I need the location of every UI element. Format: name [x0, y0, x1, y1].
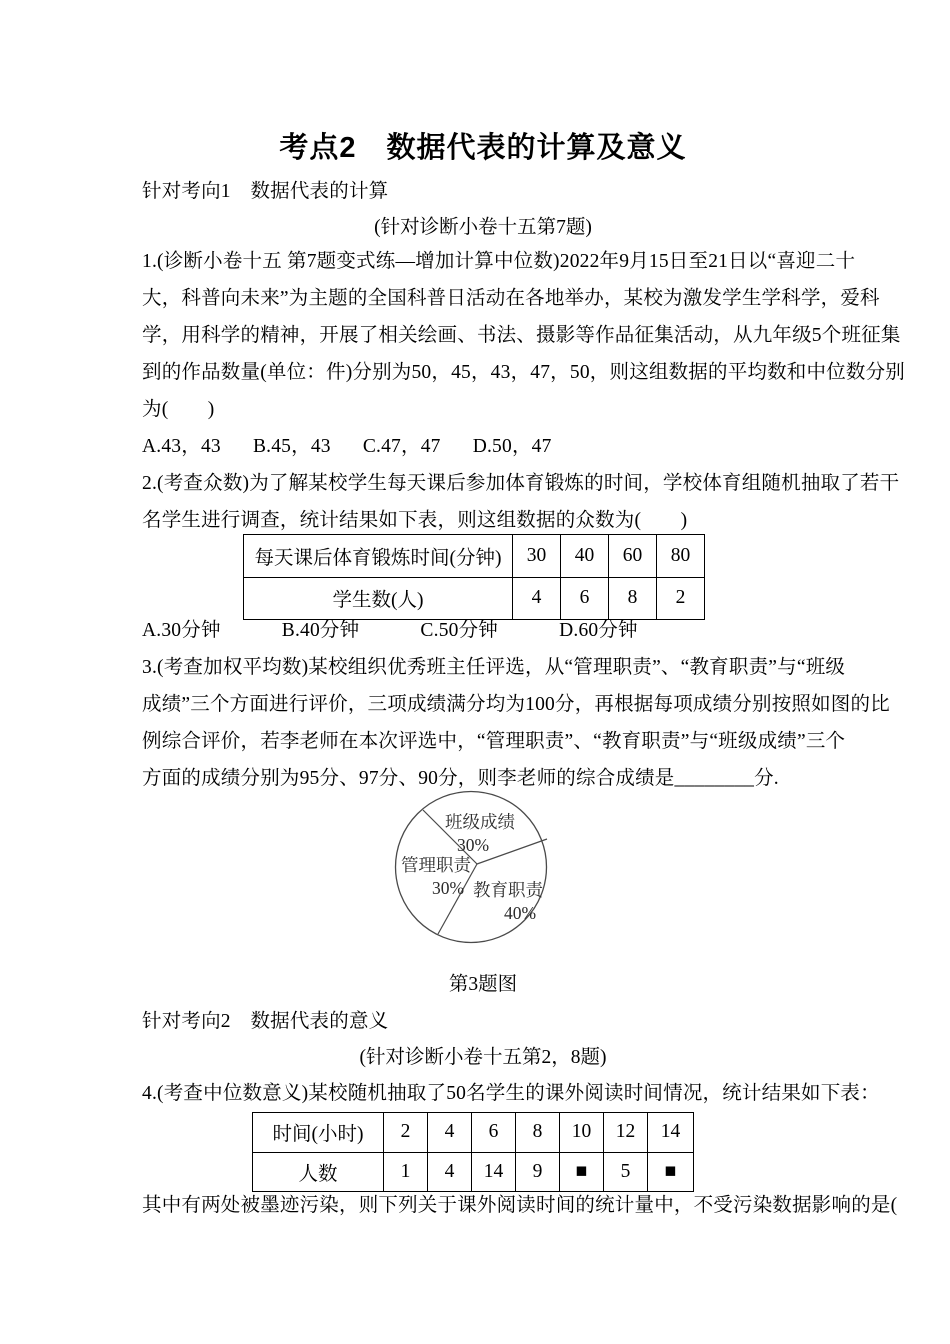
table-cell: 2 — [384, 1113, 428, 1153]
table-cell: 4 — [428, 1113, 472, 1153]
pie-slice-pct: 30% — [432, 878, 464, 898]
q1-option-c: C.47，47 — [363, 428, 441, 466]
q1-line: 大，科普向未来”为主题的全国科普日活动在各地举办，某校为激发学生学科学，爱科 — [142, 280, 832, 318]
ink-blot-cell: ■ — [648, 1152, 694, 1192]
q2-option-d: D.60分钟 — [559, 612, 638, 650]
q4-intro-line: 4.(考查中位数意义)某校随机抽取了50名学生的课外阅读时间情况，统计结果如下表… — [142, 1075, 832, 1113]
q4-closing-line: 其中有两处被墨迹污染，则下列关于课外阅读时间的统计量中，不受污染数据影响的是( — [142, 1187, 832, 1225]
table-cell: 10 — [560, 1113, 604, 1153]
section2-source-note: (针对诊断小卷十五第2，8题) — [142, 1039, 824, 1077]
q4-reading-time-table: 时间(小时) 2 4 6 8 10 12 14 人数 1 4 14 9 ■ 5 … — [252, 1112, 694, 1192]
table-cell: 8 — [516, 1113, 560, 1153]
q1-line: 为( ) — [142, 391, 832, 429]
table-cell: 每天课后体育锻炼时间(分钟) — [244, 535, 513, 578]
table-cell: 时间(小时) — [253, 1113, 384, 1153]
q2-option-a: A.30分钟 — [142, 612, 221, 650]
table-cell: 1 — [384, 1152, 428, 1192]
q3-line: 例综合评价，若李老师在本次评选中，“管理职责”、“教育职责”与“班级成绩”三个 — [142, 723, 832, 761]
q3-line: 3.(考查加权平均数)某校组织优秀班主任评选，从“管理职责”、“教育职责”与“班… — [142, 649, 832, 687]
pie-slice-label: 管理职责 — [401, 855, 472, 875]
q1-line: 学，用科学的精神，开展了相关绘画、书法、摄影等作品征集活动，从九年级5个班征集 — [142, 317, 832, 355]
q2-option-b: B.40分钟 — [282, 612, 360, 650]
section2-heading: 针对考向2 数据代表的意义 — [142, 1003, 832, 1041]
table-cell: 80 — [657, 535, 705, 578]
figure-caption: 第3题图 — [142, 966, 824, 1004]
table-cell: 30 — [513, 535, 561, 578]
q2-line: 2.(考查众数)为了解某校学生每天课后参加体育锻炼的时间，学校体育组随机抽取了若… — [142, 465, 832, 503]
section1-heading: 针对考向1 数据代表的计算 — [142, 173, 832, 211]
q3-line: 成绩”三个方面进行评价，三项成绩满分均为100分，再根据每项成绩分别按照如图的比 — [142, 686, 832, 724]
q1-line: 到的作品数量(单位：件)分别为50，45，43，47，50，则这组数据的平均数和… — [142, 354, 832, 392]
pie-slice-pct: 30% — [457, 835, 489, 855]
pie-slice-label: 班级成绩 — [445, 812, 515, 832]
q1-line: 1.(诊断小卷十五 第7题变式练—增加计算中位数)2022年9月15日至21日以… — [142, 243, 832, 281]
table-cell: 14 — [472, 1152, 516, 1192]
q3-pie-chart: 班级成绩 30% 管理职责 30% 教育职责 40% — [393, 789, 553, 947]
q2-option-c: C.50分钟 — [420, 612, 498, 650]
table-row: 每天课后体育锻炼时间(分钟) 30 40 60 80 — [244, 535, 705, 578]
pie-slice-label: 教育职责 — [473, 880, 544, 900]
q2-frequency-table: 每天课后体育锻炼时间(分钟) 30 40 60 80 学生数(人) 4 6 8 … — [243, 534, 705, 620]
q1-option-a: A.43，43 — [142, 428, 221, 466]
pie-slice-pct: 40% — [504, 903, 536, 923]
ink-blot-cell: ■ — [560, 1152, 604, 1192]
section1-source-note: (针对诊断小卷十五第7题) — [142, 209, 824, 247]
table-row: 人数 1 4 14 9 ■ 5 ■ — [253, 1152, 694, 1192]
table-cell: 4 — [428, 1152, 472, 1192]
worksheet-page: 考点2 数据代表的计算及意义 针对考向1 数据代表的计算 (针对诊断小卷十五第7… — [0, 0, 950, 1344]
table-cell: 12 — [604, 1113, 648, 1153]
q2-options: A.30分钟 B.40分钟 C.50分钟 D.60分钟 — [142, 612, 832, 650]
page-title: 考点2 数据代表的计算及意义 — [142, 128, 824, 168]
table-cell: 9 — [516, 1152, 560, 1192]
table-cell: 60 — [609, 535, 657, 578]
table-cell: 人数 — [253, 1152, 384, 1192]
q1-option-b: B.45，43 — [253, 428, 331, 466]
table-cell: 5 — [604, 1152, 648, 1192]
q1-option-d: D.50，47 — [473, 428, 552, 466]
table-cell: 40 — [561, 535, 609, 578]
table-row: 时间(小时) 2 4 6 8 10 12 14 — [253, 1113, 694, 1153]
q1-options: A.43，43 B.45，43 C.47，47 D.50，47 — [142, 428, 832, 466]
table-cell: 6 — [472, 1113, 516, 1153]
table-cell: 14 — [648, 1113, 694, 1153]
